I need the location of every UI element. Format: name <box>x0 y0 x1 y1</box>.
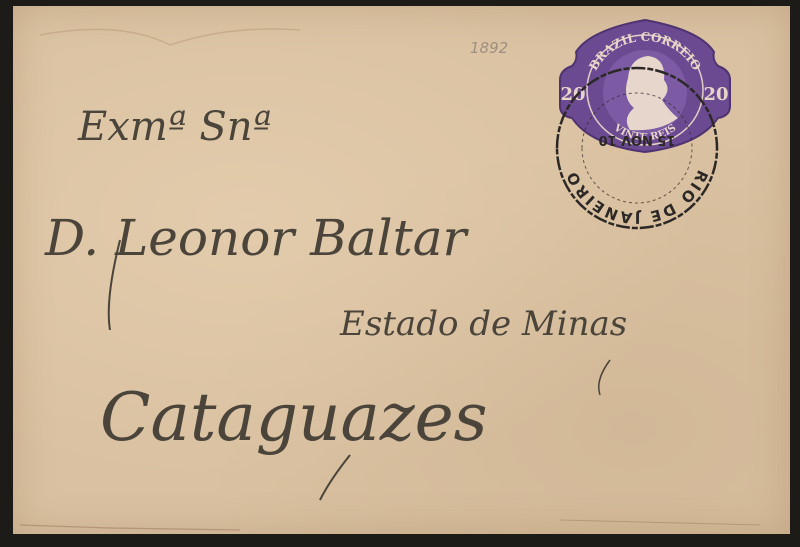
recipient-city: Cataguazes <box>100 379 488 456</box>
envelope-artwork: 1892 BRAZIL CORREIO VINTE REIS 20 20 RIO… <box>0 0 800 547</box>
stamp-value-right: 20 <box>703 84 728 105</box>
address-block: Exmª Snª D. Leonor Baltar Estado de Mina… <box>44 104 627 500</box>
salutation: Exmª Snª <box>77 104 272 150</box>
postmark-ring-text: RIO DE JANEIRO <box>562 167 711 227</box>
postmark-date: 15 NOV 10 <box>599 132 676 147</box>
svg-text:RIO DE JANEIRO: RIO DE JANEIRO <box>562 167 711 227</box>
recipient-name: D. Leonor Baltar <box>44 209 470 267</box>
pencil-note: 1892 <box>470 39 508 57</box>
recipient-state: Estado de Minas <box>339 304 627 344</box>
